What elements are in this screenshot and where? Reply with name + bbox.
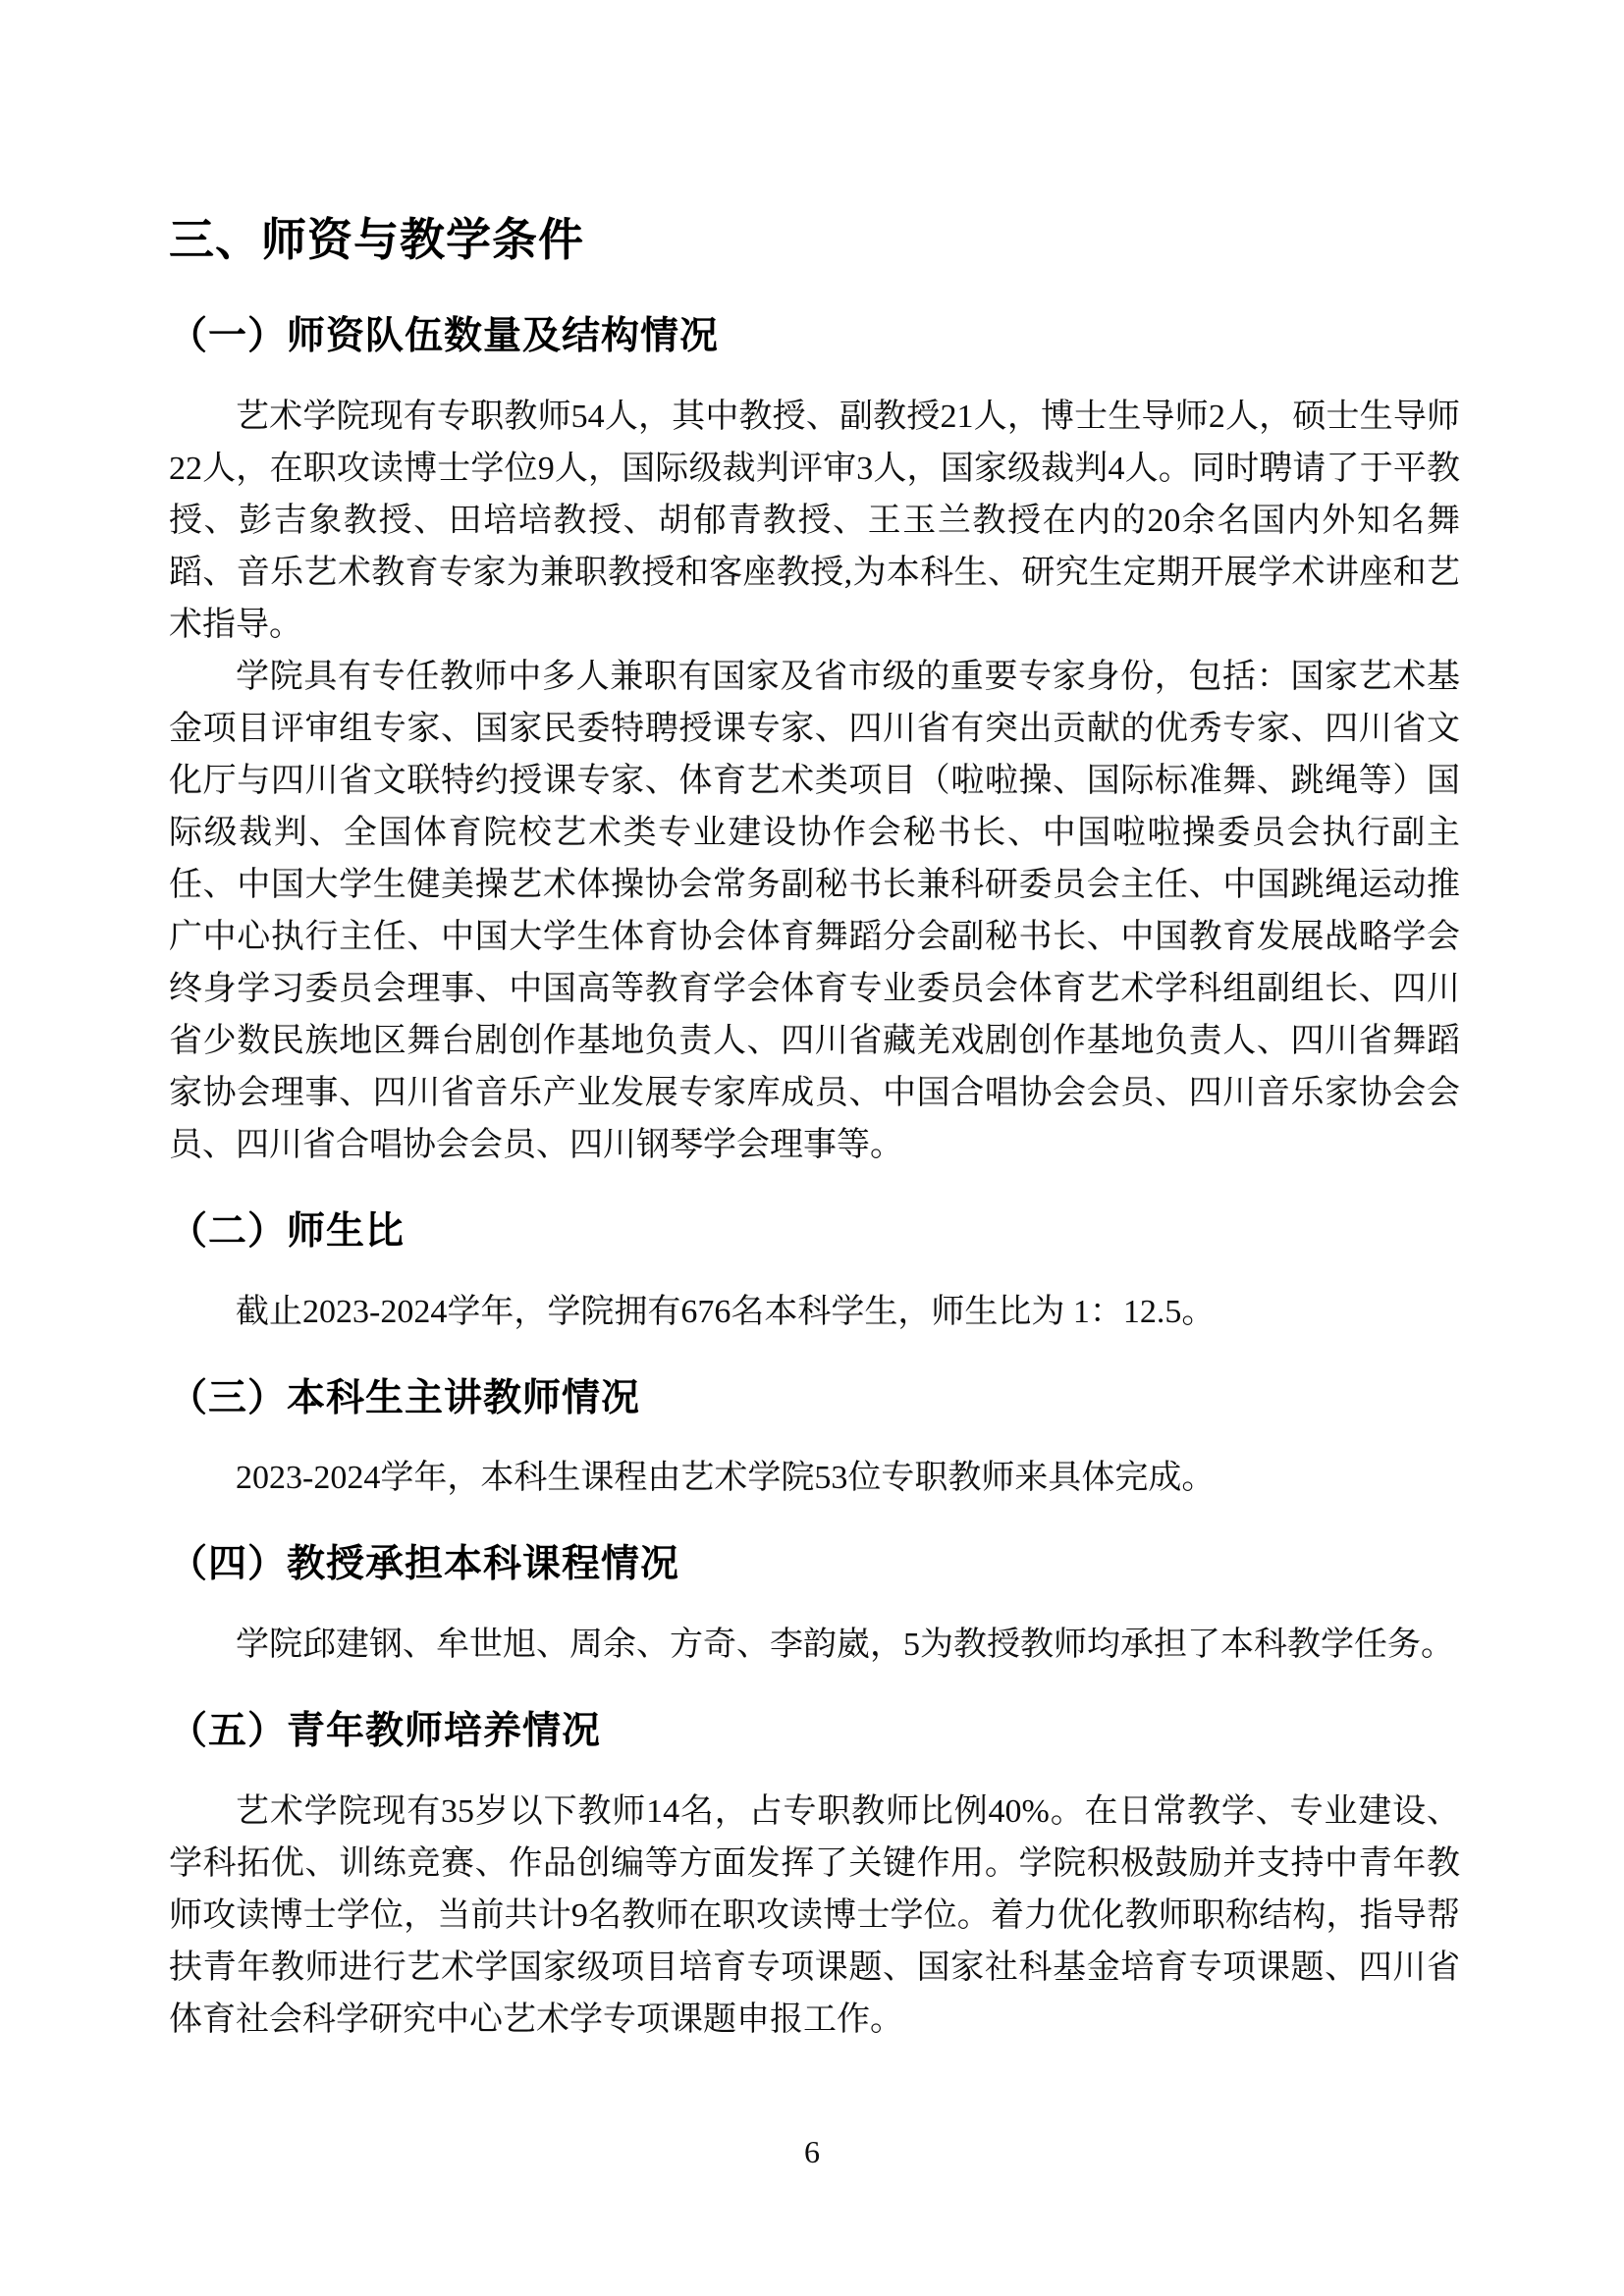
section-heading: （四）教授承担本科课程情况	[169, 1543, 1460, 1587]
section-student-teacher-ratio: （二）师生比 截止2023-2024学年，学院拥有676名本科学生，师生比为 1…	[169, 1210, 1460, 1338]
body-paragraph: 学院具有专任教师中多人兼职有国家及省市级的重要专家身份，包括：国家艺术基金项目评…	[169, 651, 1460, 1171]
section-heading: （三）本科生主讲教师情况	[169, 1377, 1460, 1421]
section-professor-courses: （四）教授承担本科课程情况 学院邱建钢、牟世旭、周余、方奇、李韵崴，5为教授教师…	[169, 1543, 1460, 1671]
section-undergrad-lecturers: （三）本科生主讲教师情况 2023-2024学年，本科生课程由艺术学院53位专职…	[169, 1377, 1460, 1505]
section-heading: （一）师资队伍数量及结构情况	[169, 315, 1460, 359]
section-heading: （五）青年教师培养情况	[169, 1710, 1460, 1754]
body-paragraph: 2023-2024学年，本科生课程由艺术学院53位专职教师来具体完成。	[169, 1452, 1460, 1504]
body-paragraph: 截止2023-2024学年，学院拥有676名本科学生，师生比为 1：12.5。	[169, 1286, 1460, 1338]
page-number: 6	[0, 2134, 1624, 2170]
page-title: 三、师资与教学条件	[169, 214, 1460, 266]
document-page: 三、师资与教学条件 （一）师资队伍数量及结构情况 艺术学院现有专职教师54人，其…	[0, 0, 1624, 2296]
body-paragraph: 艺术学院现有专职教师54人，其中教授、副教授21人，博士生导师2人，硕士生导师2…	[169, 391, 1460, 651]
section-heading: （二）师生比	[169, 1210, 1460, 1255]
body-paragraph: 艺术学院现有35岁以下教师14名，占专职教师比例40%。在日常教学、专业建设、学…	[169, 1786, 1460, 2046]
section-faculty-structure: （一）师资队伍数量及结构情况 艺术学院现有专职教师54人，其中教授、副教授21人…	[169, 315, 1460, 1171]
section-young-teacher-training: （五）青年教师培养情况 艺术学院现有35岁以下教师14名，占专职教师比例40%。…	[169, 1710, 1460, 2046]
body-paragraph: 学院邱建钢、牟世旭、周余、方奇、李韵崴，5为教授教师均承担了本科教学任务。	[169, 1619, 1460, 1671]
